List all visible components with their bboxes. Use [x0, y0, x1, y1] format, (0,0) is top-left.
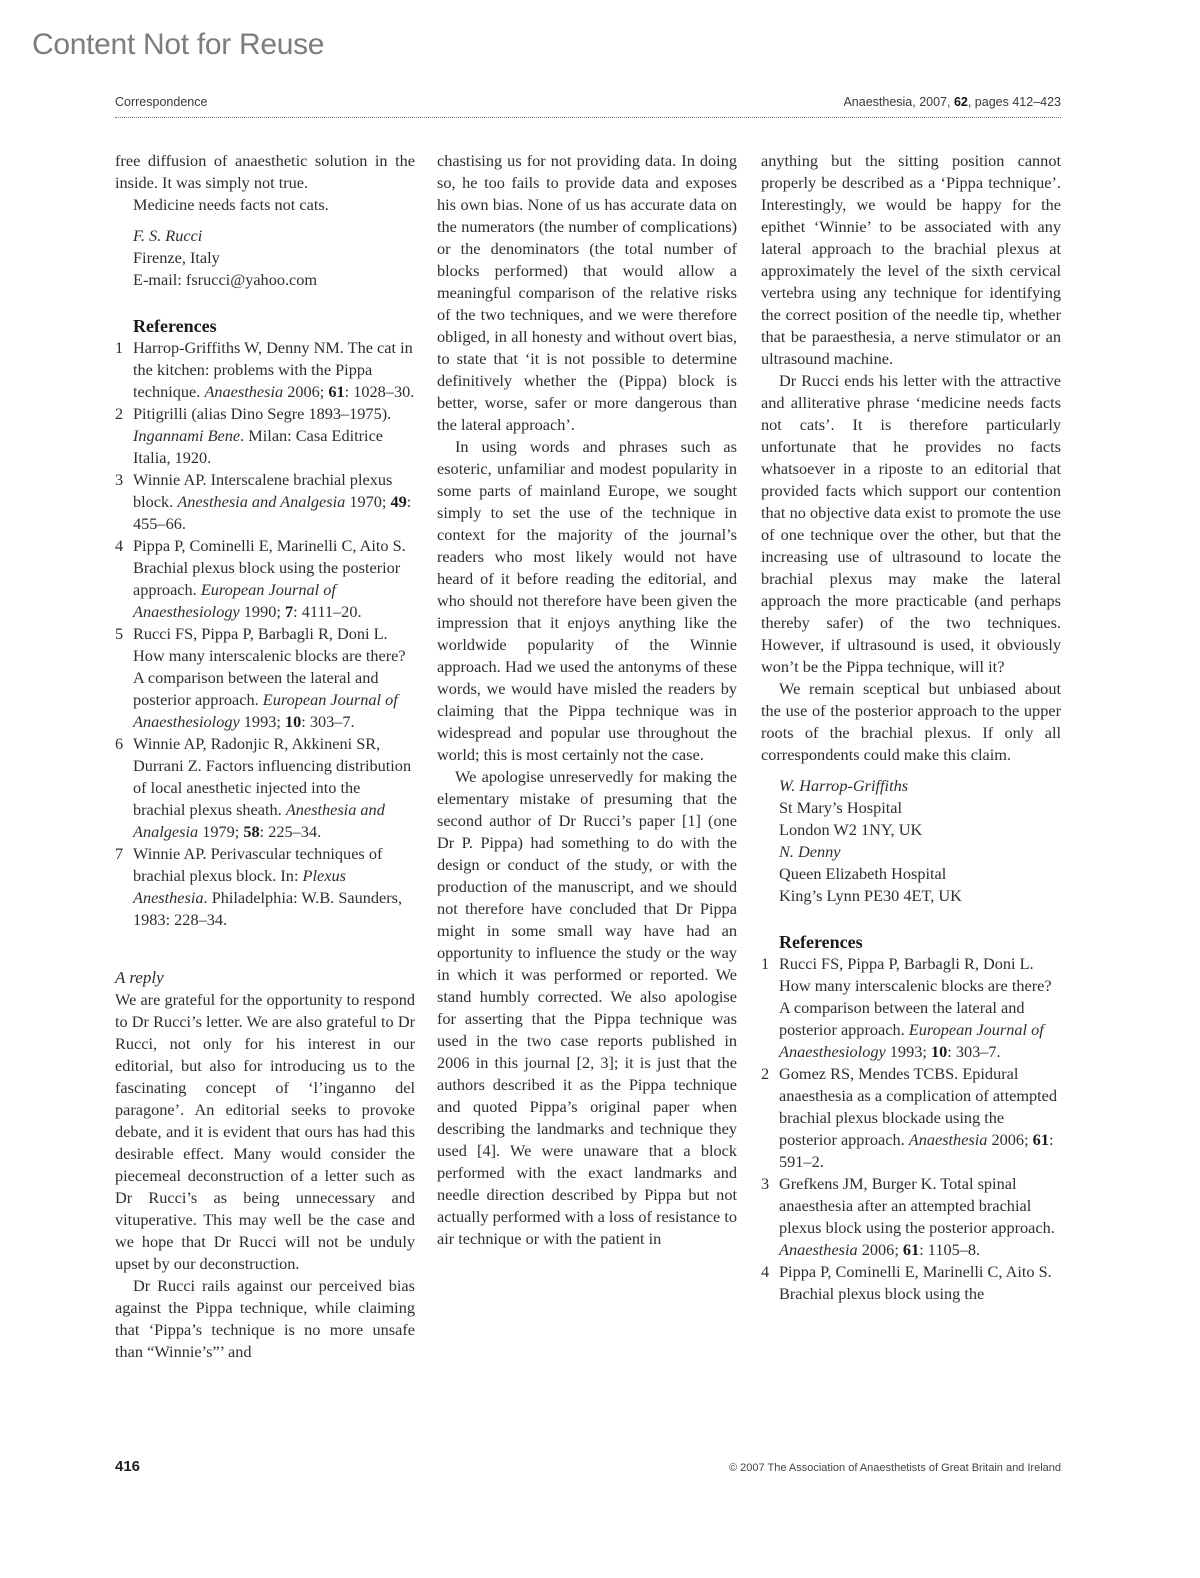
- reply-paragraph-6: We remain sceptical but unbiased about t…: [761, 678, 1061, 766]
- page-number: 416: [115, 1458, 140, 1475]
- reply-title: A reply: [115, 967, 415, 989]
- journal-citation: Anaesthesia, 2007, 62, pages 412–423: [843, 95, 1061, 109]
- reply-signatures: W. Harrop-Griffiths St Mary’s Hospital L…: [761, 775, 1061, 907]
- author-name: W. Harrop-Griffiths: [779, 775, 1061, 797]
- reference-item: 1Harrop-Griffiths W, Denny NM. The cat i…: [115, 337, 415, 403]
- author-name: N. Denny: [779, 841, 1061, 863]
- copyright-notice: © 2007 The Association of Anaesthetists …: [729, 1462, 1061, 1474]
- reference-item: 1Rucci FS, Pippa P, Barbagli R, Doni L. …: [761, 953, 1061, 1063]
- reply-paragraph-4-start: We apologise unreservedly for making the…: [437, 766, 737, 1250]
- reference-item: 6Winnie AP, Radonjic R, Akkineni SR, Dur…: [115, 733, 415, 843]
- references-heading: References: [779, 931, 1061, 953]
- reply-paragraph-5: Dr Rucci ends his letter with the attrac…: [761, 370, 1061, 678]
- running-head: Correspondence Anaesthesia, 2007, 62, pa…: [115, 95, 1061, 115]
- author-name: F. S. Rucci: [133, 225, 415, 247]
- reference-item: 2Pitigrilli (alias Dino Segre 1893–1975)…: [115, 403, 415, 469]
- letter-signature: F. S. Rucci Firenze, Italy E-mail: fsruc…: [115, 225, 415, 291]
- reference-item: 5Rucci FS, Pippa P, Barbagli R, Doni L. …: [115, 623, 415, 733]
- column-2: chastising us for not providing data. In…: [437, 150, 737, 1250]
- header-divider: [115, 117, 1061, 118]
- reply-paragraph-3: In using words and phrases such as esote…: [437, 436, 737, 766]
- reply-paragraph-2-end: chastising us for not providing data. In…: [437, 150, 737, 436]
- reference-item: 2Gomez RS, Mendes TCBS. Epidural anaesth…: [761, 1063, 1061, 1173]
- reply-paragraph-4-end: anything but the sitting position cannot…: [761, 150, 1061, 370]
- author-address: London W2 1NY, UK: [779, 819, 1061, 841]
- author-address: King’s Lynn PE30 4ET, UK: [779, 885, 1061, 907]
- author-email[interactable]: E-mail: fsrucci@yahoo.com: [133, 269, 415, 291]
- reply-paragraph-2-start: Dr Rucci rails against our perceived bia…: [115, 1275, 415, 1363]
- page-footer: 416 © 2007 The Association of Anaestheti…: [115, 1458, 1061, 1478]
- letter-final-line: Medicine needs facts not cats.: [115, 194, 415, 216]
- reply-references: 1Rucci FS, Pippa P, Barbagli R, Doni L. …: [761, 953, 1061, 1305]
- reply-paragraph-1: We are grateful for the opportunity to r…: [115, 989, 415, 1275]
- reference-item: 4Pippa P, Cominelli E, Marinelli C, Aito…: [115, 535, 415, 623]
- volume-number: 62: [954, 95, 968, 109]
- reference-item: 4Pippa P, Cominelli E, Marinelli C, Aito…: [761, 1261, 1061, 1305]
- letter-closing-paragraph: free diffusion of anaesthetic solution i…: [115, 150, 415, 194]
- reference-item: 3Winnie AP. Interscalene brachial plexus…: [115, 469, 415, 535]
- references-heading: References: [133, 315, 415, 337]
- reference-item: 7Winnie AP. Perivascular techniques of b…: [115, 843, 415, 931]
- author-affiliation: Queen Elizabeth Hospital: [779, 863, 1061, 885]
- watermark: Content Not for Reuse: [32, 28, 324, 62]
- column-3: anything but the sitting position cannot…: [761, 150, 1061, 1305]
- author-location: Firenze, Italy: [133, 247, 415, 269]
- letter-references: 1Harrop-Griffiths W, Denny NM. The cat i…: [115, 337, 415, 931]
- column-1: free diffusion of anaesthetic solution i…: [115, 150, 415, 1363]
- reference-item: 3Grefkens JM, Burger K. Total spinal ana…: [761, 1173, 1061, 1261]
- section-label: Correspondence: [115, 95, 207, 109]
- author-affiliation: St Mary’s Hospital: [779, 797, 1061, 819]
